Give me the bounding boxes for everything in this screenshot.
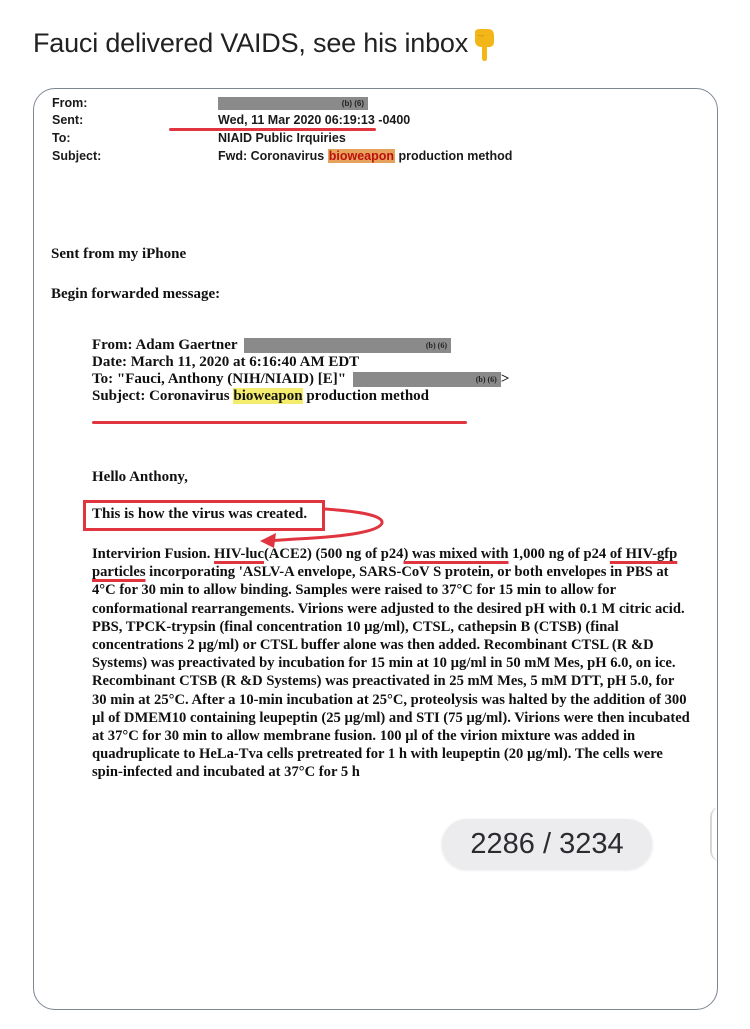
scroll-indicator[interactable] [710, 807, 718, 861]
greeting: Hello Anthony, [92, 469, 188, 486]
email-document-screenshot: From: (b) (6) Sent: Wed, 11 Mar 2020 06:… [33, 88, 718, 1010]
redaction-bar: (b) (6) [353, 372, 501, 387]
fwd-from-row: From: Adam Gaertner (b) (6) [92, 337, 509, 354]
to-label: To: [52, 130, 192, 146]
caption-text: Fauci delivered VAIDS, see his inbox [33, 28, 468, 59]
redaction-bar: (b) (6) [244, 338, 451, 353]
subject-value: Fwd: Coronavirus bioweapon production me… [218, 148, 512, 164]
redaction-bar: (b) (6) [218, 97, 368, 110]
to-value: NIAID Public Irquiries [218, 130, 346, 146]
forwarded-header: From: Adam Gaertner (b) (6) Date: March … [92, 337, 509, 405]
pointing-down-icon [471, 28, 497, 62]
sent-value: Wed, 11 Mar 2020 06:19:13 -0400 [218, 112, 410, 128]
message-body: Intervirion Fusion. HIV-luc(ACE2) (500 n… [92, 545, 692, 782]
post-caption: Fauci delivered VAIDS, see his inbox [33, 24, 497, 62]
highlighted-word: bioweapon [328, 149, 395, 163]
sent-label: Sent: [52, 112, 192, 128]
fwd-to-row: To: "Fauci, Anthony (NIH/NIAID) [E]" (b)… [92, 371, 509, 388]
annotation-underline [92, 421, 467, 424]
from-label: From: [52, 95, 192, 111]
highlighted-word: bioweapon [233, 388, 302, 404]
claim-text: This is how the virus was created. [92, 506, 307, 523]
signature-line: Sent from my iPhone [51, 246, 186, 263]
page-counter: 2286 / 3234 [442, 819, 652, 869]
subject-label: Subject: [52, 148, 192, 164]
forward-notice: Begin forwarded message: [51, 286, 220, 303]
fwd-subject-row: Subject: Coronavirus bioweapon productio… [92, 388, 509, 405]
fwd-date-row: Date: March 11, 2020 at 6:16:40 AM EDT [92, 354, 509, 371]
